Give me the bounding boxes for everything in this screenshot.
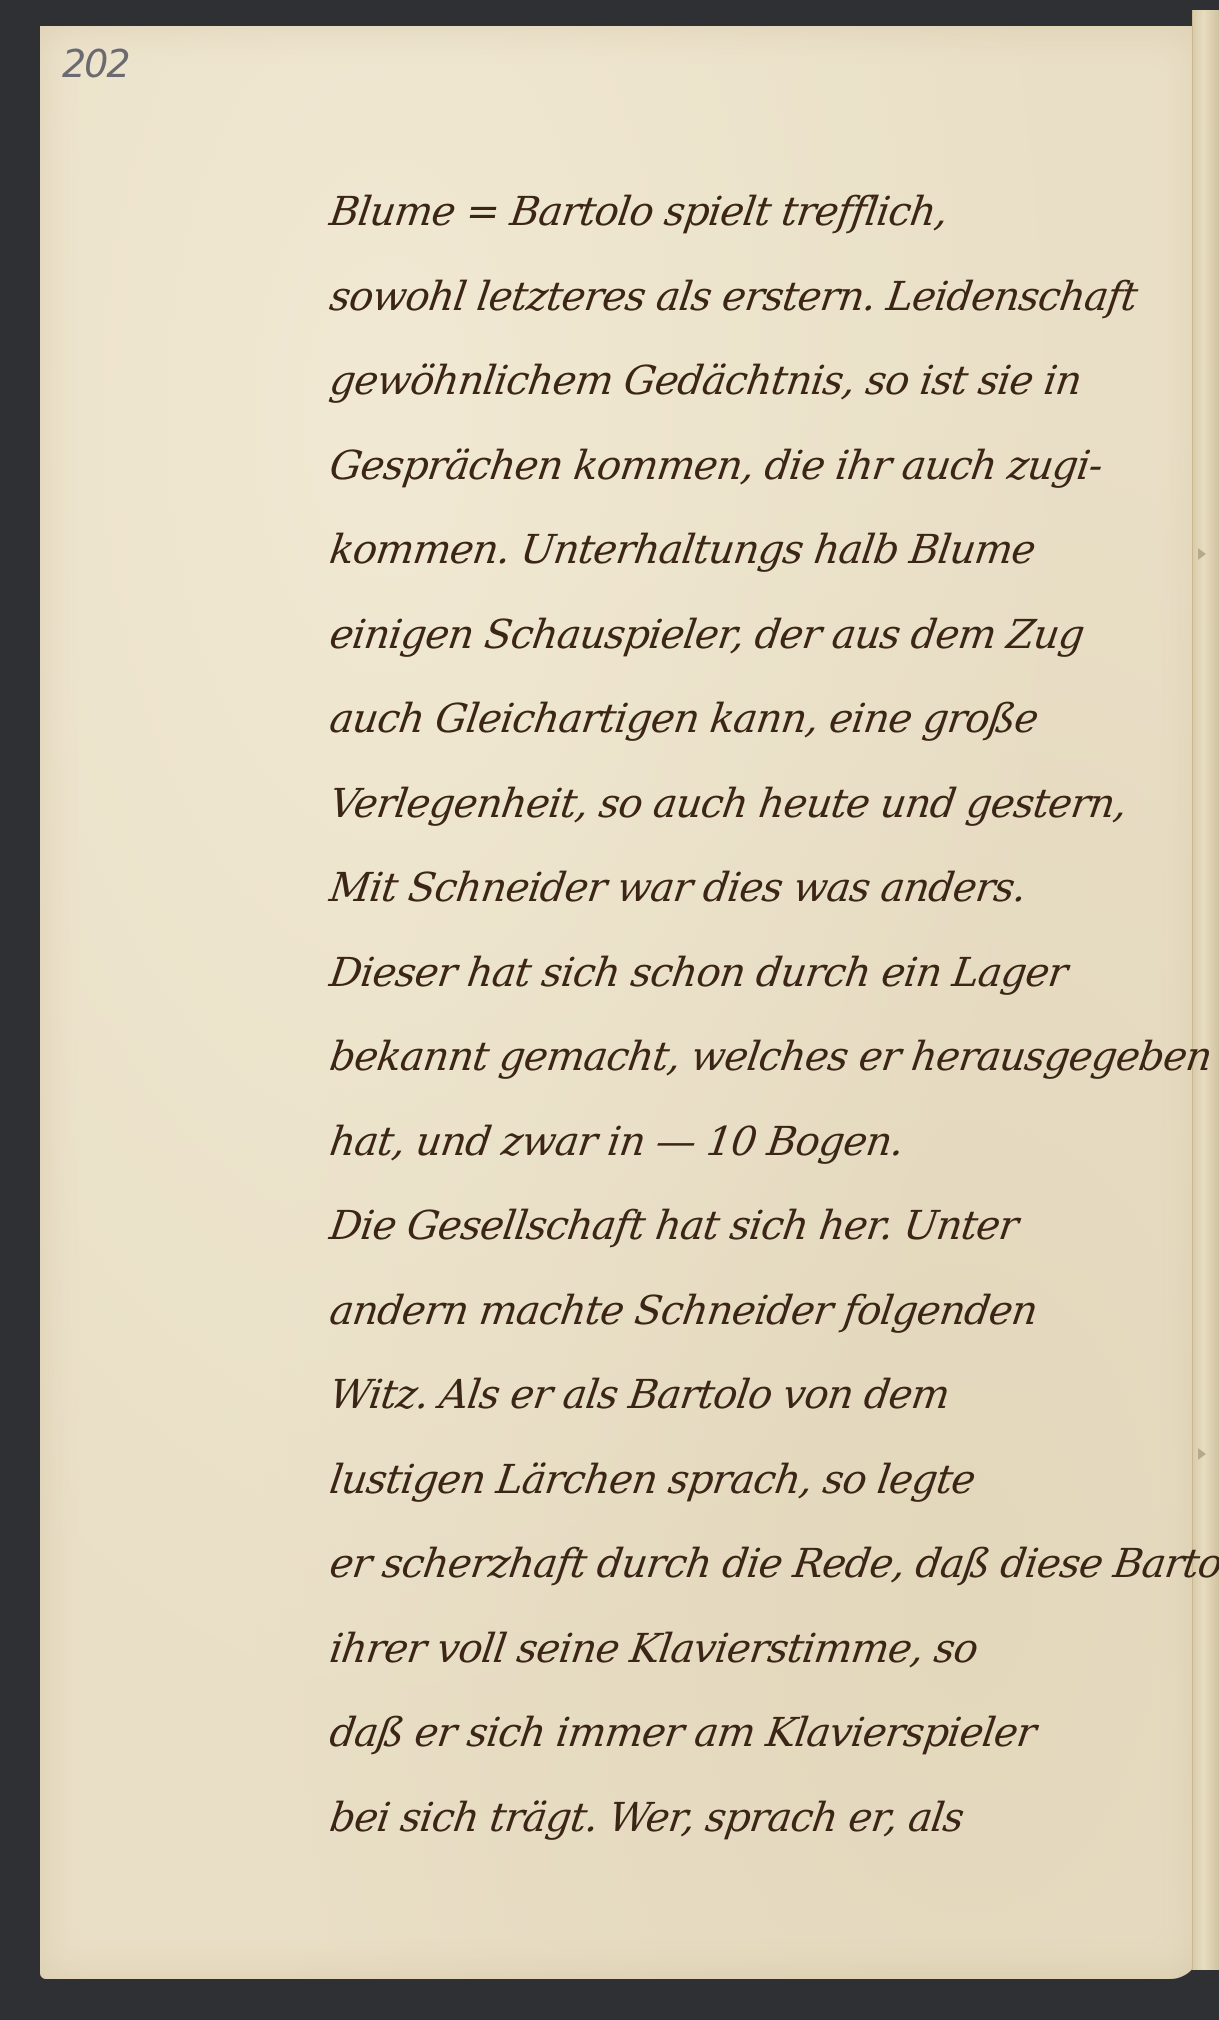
text-line: er scherzhaft durch die Rede, daß diese … [324, 1522, 1166, 1607]
page-tab-marker [1198, 1448, 1206, 1460]
handwritten-text: Blume = Bartolo spielt trefflich, sowohl… [330, 170, 1160, 1860]
text-line: hat, und zwar in — 10 Bogen. [324, 1100, 1166, 1185]
text-line: lustigen Lärchen sprach, so legte [324, 1438, 1166, 1523]
text-line: sowohl letzteres als erstern. Leidenscha… [324, 255, 1166, 340]
text-line: bekannt gemacht, welches er herausgegebe… [324, 1015, 1166, 1100]
text-line: auch Gleichartigen kann, eine große [324, 677, 1166, 762]
text-line: Witz. Als er als Bartolo von dem [324, 1353, 1166, 1438]
text-line: Die Gesellschaft hat sich her. Unter [324, 1184, 1166, 1269]
text-line: kommen. Unterhaltungs halb Blume [324, 508, 1166, 593]
text-line: bei sich trägt. Wer, sprach er, als [324, 1776, 1166, 1861]
text-line: Blume = Bartolo spielt trefflich, [324, 170, 1166, 255]
page-tab-marker [1198, 548, 1206, 560]
page-number: 202 [62, 42, 129, 86]
text-line: Gesprächen kommen, die ihr auch zugi- [324, 424, 1166, 509]
text-line: ihrer voll seine Klavierstimme, so [324, 1607, 1166, 1692]
text-line: gewöhnlichem Gedächtnis, so ist sie in [324, 339, 1166, 424]
text-line: Mit Schneider war dies was anders. [324, 846, 1166, 931]
text-line: daß er sich immer am Klavierspieler [324, 1691, 1166, 1776]
text-line: Verlegenheit, so auch heute und gestern, [324, 762, 1166, 847]
text-line: einigen Schauspieler, der aus dem Zug [324, 593, 1166, 678]
text-line: Dieser hat sich schon durch ein Lager [324, 931, 1166, 1016]
text-line: andern machte Schneider folgenden [324, 1269, 1166, 1354]
next-page-edge [1192, 10, 1219, 1970]
